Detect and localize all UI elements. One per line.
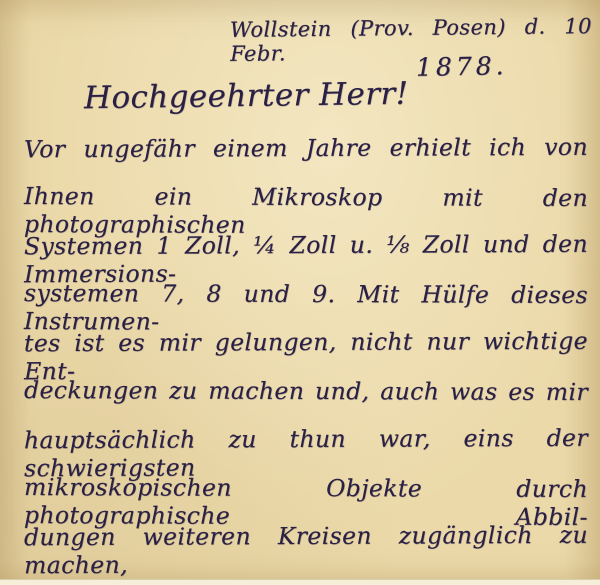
- scan-bottom-edge: [0, 579, 600, 585]
- body-line-4: systemen 7, 8 und 9. Mit Hülfe dieses In…: [24, 279, 588, 329]
- letter-page: Wollstein (Prov. Posen) d. 10 Febr. 1878…: [0, 0, 600, 585]
- letter-body: Vor ungefähr einem Jahre erhielt ich von…: [24, 134, 588, 571]
- letter-year: 1878.: [416, 51, 508, 82]
- body-line-6: deckungen zu machen und, auch was es mir: [24, 376, 588, 426]
- letter-salutation: Hochgeehrter Herr!: [84, 76, 409, 117]
- body-line-7: hauptsächlich zu thun war, eins der schw…: [24, 424, 588, 475]
- letter-dateline: Wollstein (Prov. Posen) d. 10 Febr.: [230, 14, 592, 66]
- body-line-5: tes ist es mir gelungen, nicht nur wicht…: [24, 327, 588, 378]
- body-line-3: Systemen 1 Zoll, ¼ Zoll u. ⅛ Zoll und de…: [24, 230, 588, 281]
- body-line-9: dungen weiteren Kreisen zugänglich zu ma…: [24, 521, 588, 572]
- body-line-1: Vor ungefähr einem Jahre erhielt ich von: [24, 133, 588, 184]
- body-line-8: mikroskopischen Objekte durch photograph…: [24, 473, 588, 523]
- body-line-2: Ihnen ein Mikroskop mit den photographis…: [24, 182, 588, 232]
